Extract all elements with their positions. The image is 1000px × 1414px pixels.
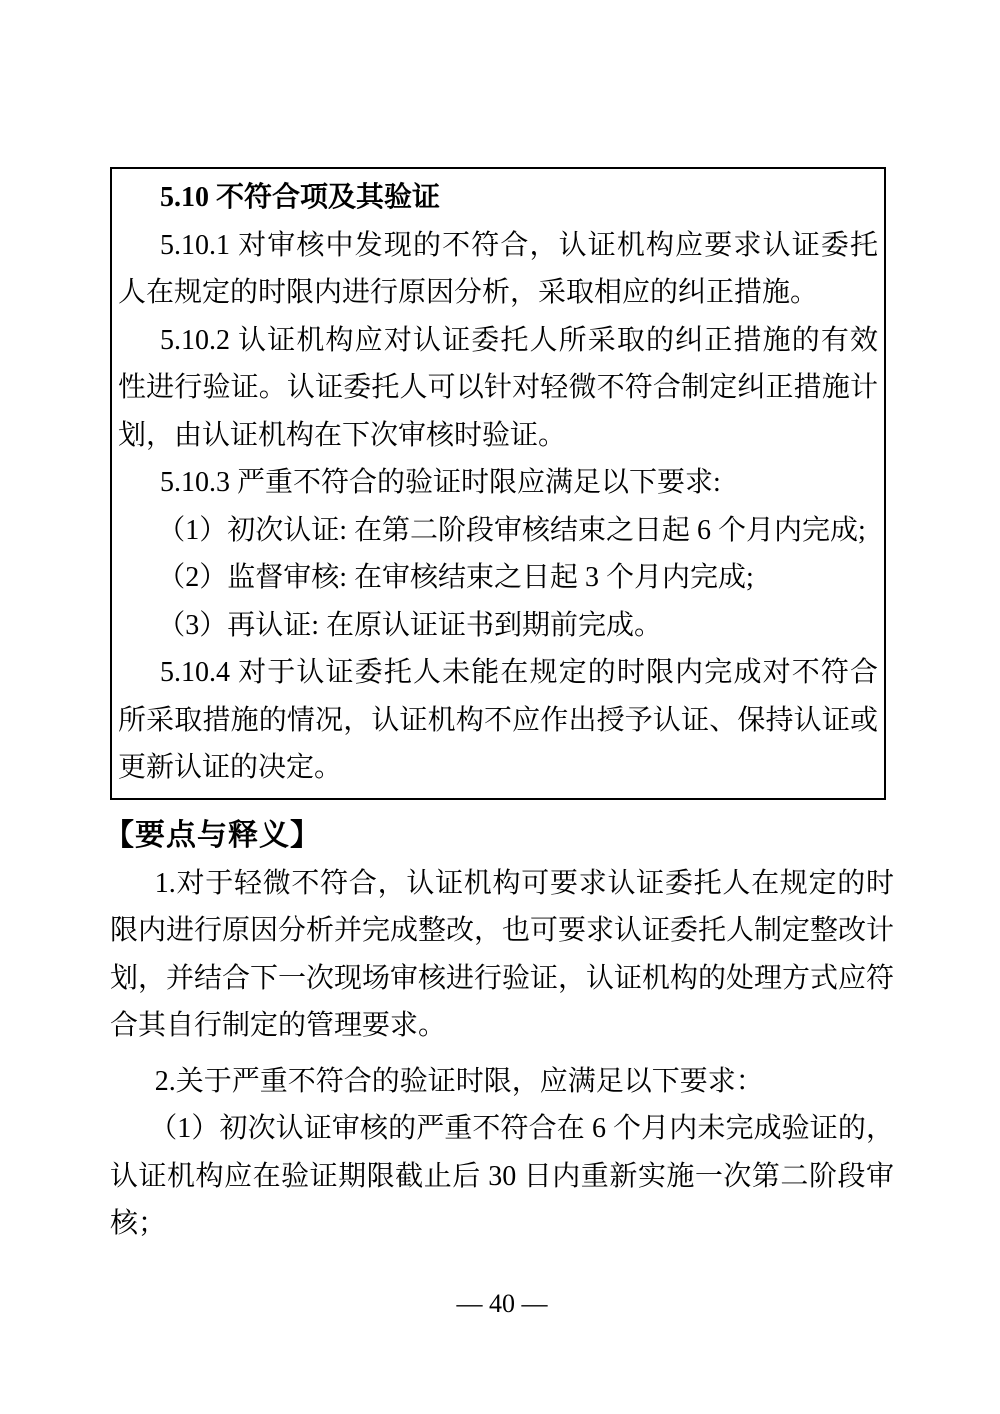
clause-5-10-3-item-2: （2）监督审核: 在审核结束之日起 3 个月内完成; (118, 554, 878, 602)
clause-5-10-2: 5.10.2 认证机构应对认证委托人所采取的纠正措施的有效性进行验证。认证委托人… (118, 317, 878, 460)
notes-paragraph-1: 1.对于轻微不符合，认证机构可要求认证委托人在规定的时限内进行原因分析并完成整改… (110, 860, 894, 1050)
notes-section-heading: 【要点与释义】 (104, 812, 894, 860)
document-page: { "colors": { "text": "#000000", "backgr… (0, 0, 1000, 1414)
clause-5-10-4: 5.10.4 对于认证委托人未能在规定的时限内完成对不符合所采取措施的情况，认证… (118, 649, 878, 792)
clause-5-10-1: 5.10.1 对审核中发现的不符合，认证机构应要求认证委托人在规定的时限内进行原… (118, 222, 878, 317)
clause-5-10-3: 5.10.3 严重不符合的验证时限应满足以下要求: (118, 459, 878, 507)
notes-paragraph-2: 2.关于严重不符合的验证时限，应满足以下要求： (110, 1058, 894, 1106)
notes-paragraph-2-item-1: （1）初次认证审核的严重不符合在 6 个月内未完成验证的，认证机构应在验证期限截… (110, 1105, 894, 1248)
page-number: — 40 — (110, 1288, 894, 1320)
clause-5-10-3-item-3: （3）再认证: 在原认证证书到期前完成。 (118, 602, 878, 650)
clause-5-10-3-item-1: （1）初次认证: 在第二阶段审核结束之日起 6 个月内完成; (118, 507, 878, 555)
clause-box-heading: 5.10 不符合项及其验证 (118, 174, 878, 222)
page-content: 5.10 不符合项及其验证 5.10.1 对审核中发现的不符合，认证机构应要求认… (110, 167, 894, 1248)
clause-box: 5.10 不符合项及其验证 5.10.1 对审核中发现的不符合，认证机构应要求认… (110, 167, 886, 800)
